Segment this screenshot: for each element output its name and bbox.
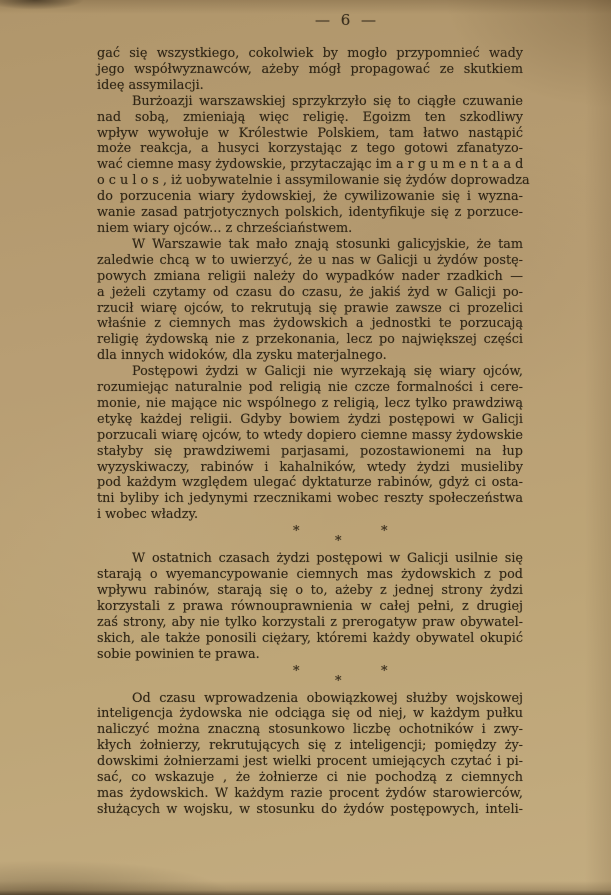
paragraph: Postępowi żydzi w Galicji nie wyrzekają … [97, 364, 523, 523]
text-line: mas żydowskich. W każdym razie procent ż… [97, 786, 523, 802]
text-line: porzucali wiarę ojców, to wtedy dopiero … [97, 428, 523, 444]
text-line: kłych żołnierzy, rekrutujących się z int… [97, 738, 523, 754]
scanned-book-page: { "page": { "number": "— 6 —", "asterism… [0, 0, 611, 895]
text-line: dowskimi żołnierzami jest wielki procent… [97, 754, 523, 770]
asterisk-icon: * [335, 534, 342, 550]
text-line: religię żydowską nie z przekonania, lecz… [97, 332, 523, 348]
paragraph: W ostatnich czasach żydzi postępowi w Ga… [97, 551, 523, 662]
text-line: służących w wojsku, w stosunku do żydów … [97, 802, 523, 818]
text-line: sobie powinien te prawa. [97, 647, 523, 663]
text-line: zaledwie chcą w to uwierzyć, że u nas w … [97, 253, 523, 269]
text-line: właśnie z ciemnych mas żydowskich a jedn… [97, 316, 523, 332]
text-line: pod każdym względem ulegać dyktaturze ra… [97, 475, 523, 491]
asterisk-icon: * [293, 524, 300, 540]
text-line: monie, nie mające nic wspólnego z religi… [97, 396, 523, 412]
text-line: jego współwyznawców, ażeby mógł propagow… [97, 62, 523, 78]
asterism-divider: *** [97, 668, 523, 686]
text-line: sać, co wskazuje , że żołnierze ci nie p… [97, 770, 523, 786]
text-line: etykę każdej religii. Gdyby bowiem żydzi… [97, 412, 523, 428]
text-line: W Warszawie tak mało znają stosunki gali… [97, 237, 523, 253]
text-line: Postępowi żydzi w Galicji nie wyrzekają … [97, 364, 523, 380]
text-line: i wobec władzy. [97, 507, 523, 523]
text-line: wyzyskiwaczy, rabinów i kahalników, wted… [97, 460, 523, 476]
text-line: może reakcja, a husyci korzystając z teg… [97, 141, 523, 157]
text-line: powych zmiana religii należy do wypadków… [97, 269, 523, 285]
asterisk-icon: * [381, 664, 388, 680]
paragraph: Od czasu wprowadzenia obowiązkowej służb… [97, 691, 523, 818]
text-line: wpływ wywołuje w Królestwie Polskiem, ta… [97, 126, 523, 142]
paragraph: Burżoazji warszawskiej sprzykrzyło się t… [97, 94, 523, 237]
text-line: rzucił wiarę ojców, to rekrutują się pra… [97, 301, 523, 317]
text-line: o c u l o s , iż uobywatelnie i assymilo… [97, 173, 523, 189]
text-line: Burżoazji warszawskiej sprzykrzyło się t… [97, 94, 523, 110]
text-line: stałyby się prawdziwemi parjasami, pozos… [97, 444, 523, 460]
text-line: Od czasu wprowadzenia obowiązkowej służb… [97, 691, 523, 707]
asterism-divider: *** [97, 528, 523, 546]
asterisk-icon: * [293, 664, 300, 680]
text-line: niem wiary ojców... z chrześciaństwem. [97, 221, 523, 237]
text-line: starają o wyemancypowanie ciemnych mas ż… [97, 567, 523, 583]
asterisk-icon: * [381, 524, 388, 540]
paragraph: gać się wszystkiego, cokolwiek by mogło … [97, 46, 523, 94]
text-line: naliczyć można znaczną stosunkowo liczbę… [97, 722, 523, 738]
text-line: korzystali z prawa równouprawnienia w ca… [97, 599, 523, 615]
text-line: dla innych widoków, dla zysku materjalne… [97, 348, 523, 364]
page-number: — 6 — [134, 11, 560, 29]
paragraph: W Warszawie tak mało znają stosunki gali… [97, 237, 523, 364]
text-line: wpływu rabinów, starają się o to, ażeby … [97, 583, 523, 599]
text-line: zaś strony, aby nie tylko korzystali z p… [97, 615, 523, 631]
asterisk-icon: * [335, 674, 342, 690]
text-line: skich, ale także ponosili ciężary, które… [97, 631, 523, 647]
text-block: gać się wszystkiego, cokolwiek by mogło … [97, 46, 523, 818]
text-line: ideę assymilacji. [97, 78, 523, 94]
text-line: a jeżeli czytamy od czasu do czasu, że j… [97, 285, 523, 301]
text-line: tni byliby ich jedynymi rzecznikami wobe… [97, 491, 523, 507]
text-line: do porzucenia wiary żydowskiej, że cywil… [97, 189, 523, 205]
text-line: wanie zasad patrjotycznych polskich, ide… [97, 205, 523, 221]
text-line: nad sobą, zmieniają więc religię. Egoizm… [97, 110, 523, 126]
text-line: inteligencja żydowska nie odciąga się od… [97, 706, 523, 722]
text-line: gać się wszystkiego, cokolwiek by mogło … [97, 46, 523, 62]
text-line: W ostatnich czasach żydzi postępowi w Ga… [97, 551, 523, 567]
text-line: wać ciemne masy żydowskie, przytaczając … [97, 157, 523, 173]
text-line: rozumiejąc naturalnie pod religią nie cz… [97, 380, 523, 396]
